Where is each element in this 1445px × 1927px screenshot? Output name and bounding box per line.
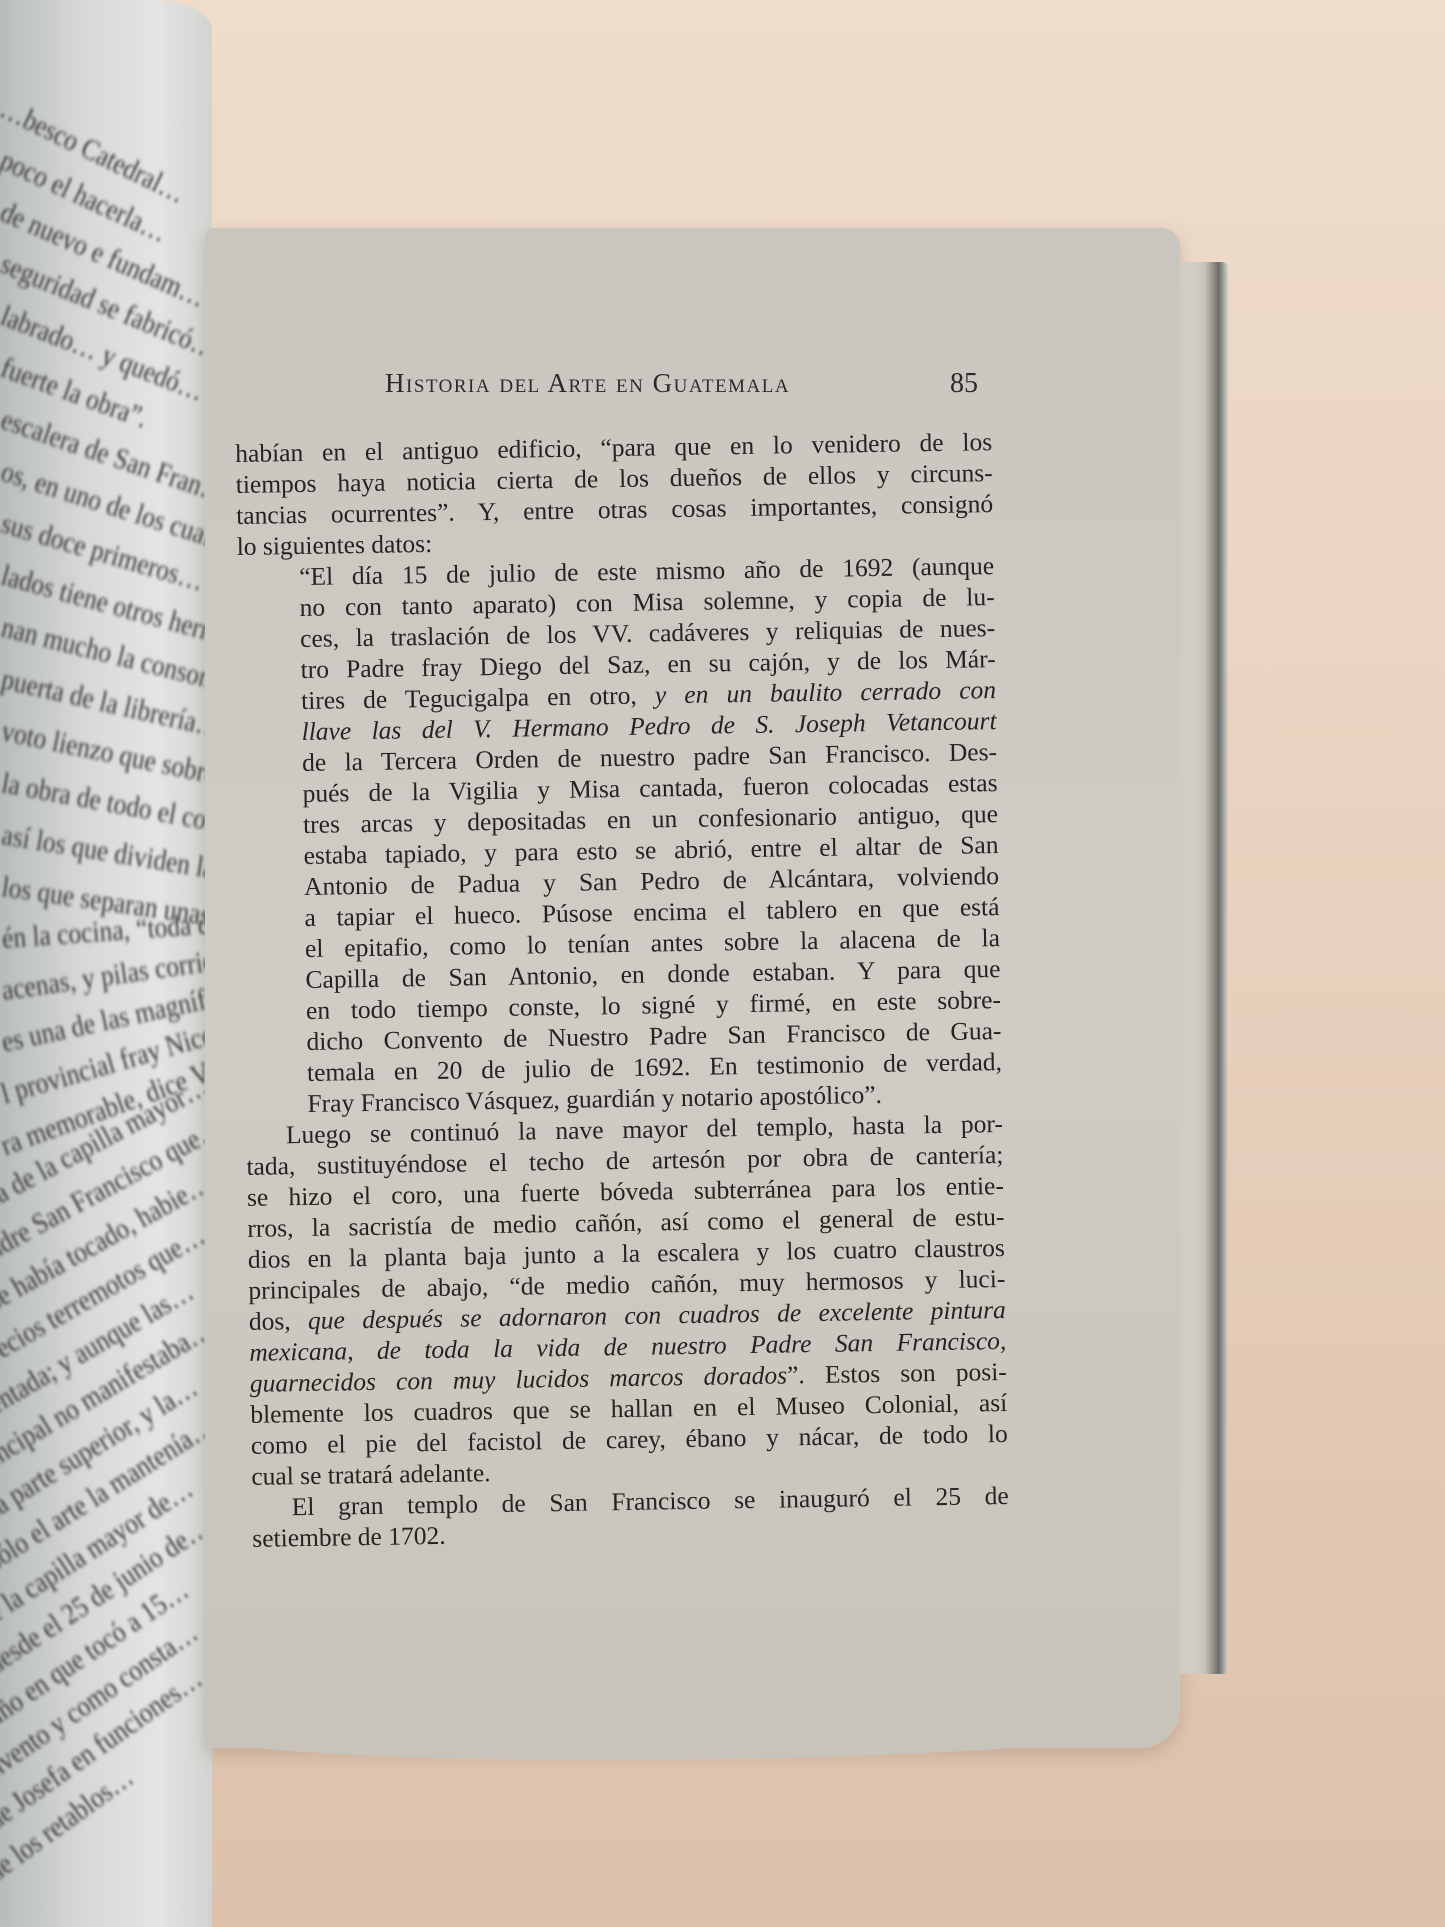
italic-text: y en un baulito cerrado con bbox=[655, 675, 997, 709]
page-number: 85 bbox=[950, 368, 978, 400]
paragraph-1: habían en el antiguo edificio, “para que… bbox=[235, 426, 994, 562]
page-body: habían en el antiguo edificio, “para que… bbox=[235, 426, 1009, 1554]
paragraph-2: Luego se continuó la nave mayor del temp… bbox=[246, 1108, 1009, 1492]
block-quote: “El día 15 de julio de este mismo año de… bbox=[299, 550, 1003, 1119]
left-page-curved: …besco Catedral…poco el hacerla…de nuevo… bbox=[0, 0, 212, 1927]
running-head: Historia del Arte en Guatemala bbox=[385, 368, 985, 399]
paragraph-3: El gran templo de San Francisco se inaug… bbox=[252, 1480, 1010, 1554]
